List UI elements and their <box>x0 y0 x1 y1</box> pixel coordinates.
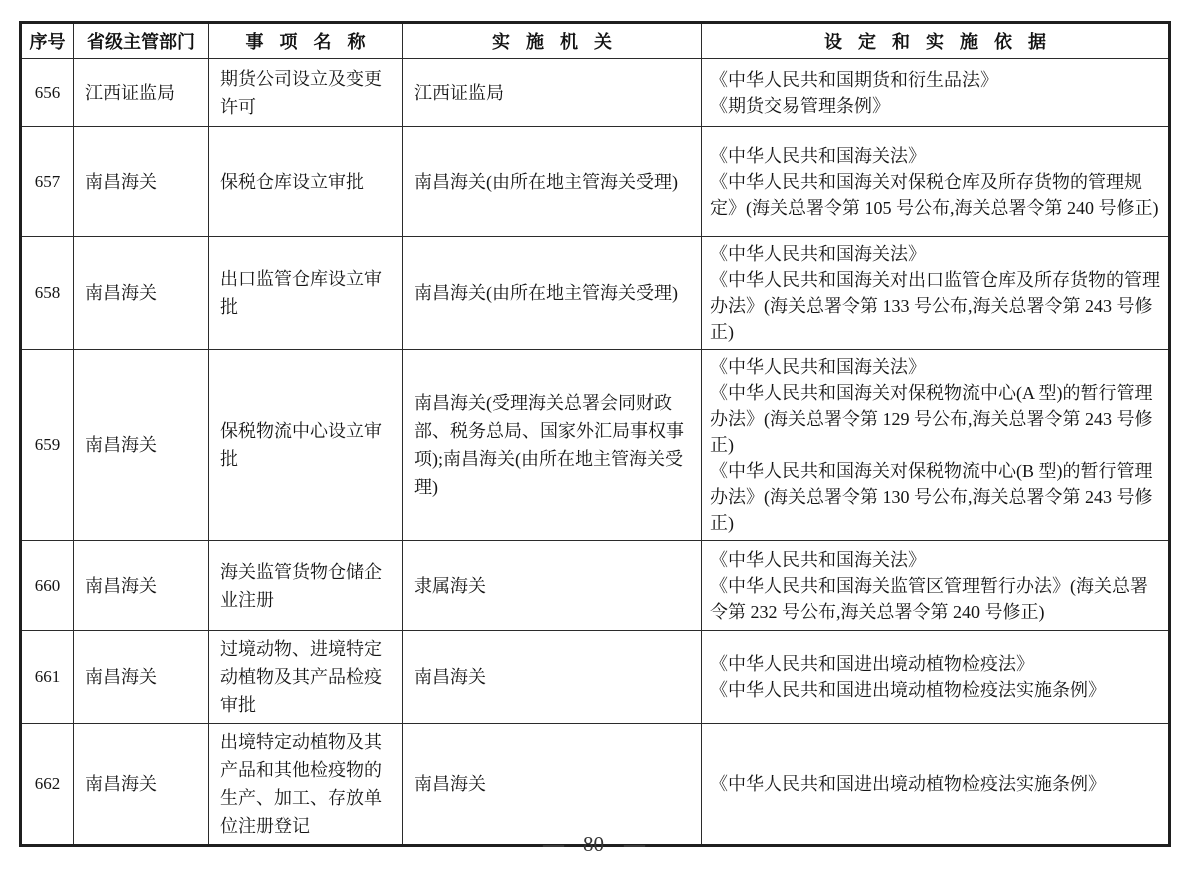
item-name-cell: 保税仓库设立审批 <box>209 127 403 237</box>
header-department: 省级主管部门 <box>74 23 209 59</box>
department-cell: 南昌海关 <box>74 350 209 541</box>
page-footer: — 80 — <box>19 832 1168 857</box>
basis-line: 《中华人民共和国海关对保税物流中心(A 型)的暂行管理办法》(海关总署令第 12… <box>710 380 1160 458</box>
agency-cell: 南昌海关(由所在地主管海关受理) <box>403 237 702 350</box>
department-cell: 南昌海关 <box>74 541 209 631</box>
basis-line: 《中华人民共和国海关法》 <box>710 354 1160 380</box>
footer-dash-left: — <box>543 832 563 857</box>
agency-cell: 南昌海关 <box>403 724 702 846</box>
document-page: 序号 省级主管部门 事 项 名 称 实 施 机 关 设 定 和 实 施 依 据 … <box>0 0 1186 883</box>
header-basis: 设 定 和 实 施 依 据 <box>702 23 1170 59</box>
table-header-row: 序号 省级主管部门 事 项 名 称 实 施 机 关 设 定 和 实 施 依 据 <box>21 23 1170 59</box>
basis-line: 《期货交易管理条例》 <box>710 93 1160 119</box>
department-cell: 南昌海关 <box>74 237 209 350</box>
basis-line: 《中华人民共和国海关法》 <box>710 143 1160 169</box>
basis-line: 《中华人民共和国海关对保税仓库及所存货物的管理规定》(海关总署令第 105 号公… <box>710 169 1160 221</box>
header-item-name: 事 项 名 称 <box>209 23 403 59</box>
item-name-cell: 保税物流中心设立审批 <box>209 350 403 541</box>
basis-cell: 《中华人民共和国进出境动植物检疫法》 《中华人民共和国进出境动植物检疫法实施条例… <box>702 631 1170 724</box>
table-row: 661 南昌海关 过境动物、进境特定动植物及其产品检疫审批 南昌海关 《中华人民… <box>21 631 1170 724</box>
agency-cell: 南昌海关 <box>403 631 702 724</box>
serial-cell: 662 <box>21 724 74 846</box>
item-name-cell: 出境特定动植物及其产品和其他检疫物的生产、加工、存放单位注册登记 <box>209 724 403 846</box>
agency-cell: 隶属海关 <box>403 541 702 631</box>
serial-cell: 660 <box>21 541 74 631</box>
item-name-cell: 海关监管货物仓储企业注册 <box>209 541 403 631</box>
basis-cell: 《中华人民共和国进出境动植物检疫法实施条例》 <box>702 724 1170 846</box>
table-row: 656 江西证监局 期货公司设立及变更许可 江西证监局 《中华人民共和国期货和衍… <box>21 59 1170 127</box>
serial-cell: 656 <box>21 59 74 127</box>
agency-cell: 南昌海关(受理海关总署会同财政部、税务总局、国家外汇局事权事项);南昌海关(由所… <box>403 350 702 541</box>
basis-line: 《中华人民共和国海关对保税物流中心(B 型)的暂行管理办法》(海关总署令第 13… <box>710 458 1160 536</box>
basis-cell: 《中华人民共和国期货和衍生品法》 《期货交易管理条例》 <box>702 59 1170 127</box>
basis-cell: 《中华人民共和国海关法》 《中华人民共和国海关对保税仓库及所存货物的管理规定》(… <box>702 127 1170 237</box>
table-row: 659 南昌海关 保税物流中心设立审批 南昌海关(受理海关总署会同财政部、税务总… <box>21 350 1170 541</box>
basis-line: 《中华人民共和国期货和衍生品法》 <box>710 67 1160 93</box>
item-name-cell: 期货公司设立及变更许可 <box>209 59 403 127</box>
basis-line: 《中华人民共和国海关对出口监管仓库及所存货物的管理办法》(海关总署令第 133 … <box>710 267 1160 345</box>
approval-items-table: 序号 省级主管部门 事 项 名 称 实 施 机 关 设 定 和 实 施 依 据 … <box>19 21 1171 847</box>
department-cell: 南昌海关 <box>74 724 209 846</box>
basis-line: 《中华人民共和国海关监管区管理暂行办法》(海关总署令第 232 号公布,海关总署… <box>710 573 1160 625</box>
page-number: 80 <box>583 832 604 857</box>
basis-cell: 《中华人民共和国海关法》 《中华人民共和国海关对出口监管仓库及所存货物的管理办法… <box>702 237 1170 350</box>
footer-dash-right: — <box>624 832 644 857</box>
table-row: 660 南昌海关 海关监管货物仓储企业注册 隶属海关 《中华人民共和国海关法》 … <box>21 541 1170 631</box>
table-row: 662 南昌海关 出境特定动植物及其产品和其他检疫物的生产、加工、存放单位注册登… <box>21 724 1170 846</box>
basis-cell: 《中华人民共和国海关法》 《中华人民共和国海关对保税物流中心(A 型)的暂行管理… <box>702 350 1170 541</box>
header-serial: 序号 <box>21 23 74 59</box>
item-name-cell: 出口监管仓库设立审批 <box>209 237 403 350</box>
serial-cell: 659 <box>21 350 74 541</box>
serial-cell: 657 <box>21 127 74 237</box>
serial-cell: 658 <box>21 237 74 350</box>
basis-line: 《中华人民共和国进出境动植物检疫法实施条例》 <box>710 677 1160 703</box>
table-row: 657 南昌海关 保税仓库设立审批 南昌海关(由所在地主管海关受理) 《中华人民… <box>21 127 1170 237</box>
department-cell: 南昌海关 <box>74 631 209 724</box>
basis-line: 《中华人民共和国海关法》 <box>710 241 1160 267</box>
item-name-cell: 过境动物、进境特定动植物及其产品检疫审批 <box>209 631 403 724</box>
basis-line: 《中华人民共和国海关法》 <box>710 547 1160 573</box>
department-cell: 南昌海关 <box>74 127 209 237</box>
agency-cell: 南昌海关(由所在地主管海关受理) <box>403 127 702 237</box>
header-agency: 实 施 机 关 <box>403 23 702 59</box>
basis-line: 《中华人民共和国进出境动植物检疫法》 <box>710 651 1160 677</box>
basis-cell: 《中华人民共和国海关法》 《中华人民共和国海关监管区管理暂行办法》(海关总署令第… <box>702 541 1170 631</box>
agency-cell: 江西证监局 <box>403 59 702 127</box>
serial-cell: 661 <box>21 631 74 724</box>
department-cell: 江西证监局 <box>74 59 209 127</box>
basis-line: 《中华人民共和国进出境动植物检疫法实施条例》 <box>710 771 1160 797</box>
table-row: 658 南昌海关 出口监管仓库设立审批 南昌海关(由所在地主管海关受理) 《中华… <box>21 237 1170 350</box>
